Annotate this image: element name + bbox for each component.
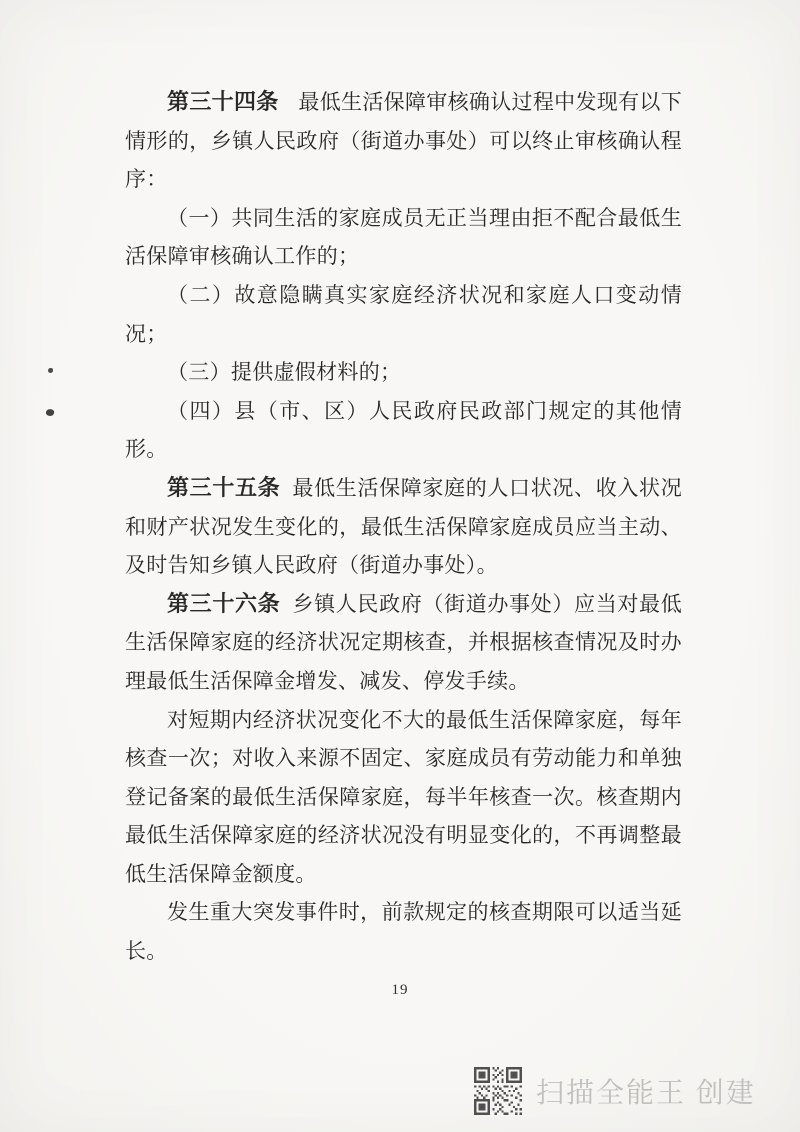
paragraph-item-3: （三）提供虚假材料的； [125, 353, 682, 392]
paragraph-item-1: （一）共同生活的家庭成员无正当理由拒不配合最低生活保障审核确认工作的； [125, 199, 682, 276]
paragraph-emergency: 发生重大突发事件时，前款规定的核查期限可以适当延长。 [125, 893, 682, 970]
page-number: 19 [0, 982, 800, 999]
paragraph-text: （四）县（市、区）人民政府民政部门规定的其他情形。 [125, 399, 682, 462]
paragraph-text: 对短期内经济状况变化不大的最低生活保障家庭，每年核查一次；对收入来源不固定、家庭… [125, 708, 682, 886]
qr-code-icon [474, 1066, 522, 1116]
paragraph-text: 发生重大突发事件时，前款规定的核查期限可以适当延长。 [125, 900, 682, 963]
paragraph-article-36: 第三十六条乡镇人民政府（街道办事处）应当对最低生活保障家庭的经济状况定期核查，并… [125, 585, 682, 701]
paragraph-text: （一）共同生活的家庭成员无正当理由拒不配合最低生活保障审核确认工作的； [125, 206, 682, 269]
article-number: 第三十五条 [167, 475, 280, 500]
paragraph-article-35: 第三十五条最低生活保障家庭的人口状况、收入状况和财产状况发生变化的，最低生活保障… [125, 469, 682, 585]
paragraph-review-rules: 对短期内经济状况变化不大的最低生活保障家庭，每年核查一次；对收入来源不固定、家庭… [125, 701, 682, 894]
document-body: 第三十四条最低生活保障审核确认过程中发现有以下情形的，乡镇人民政府（街道办事处）… [125, 83, 682, 971]
paragraph-item-2: （二）故意隐瞒真实家庭经济状况和家庭人口变动情况； [125, 276, 682, 353]
scanner-watermark: 扫描全能王 创建 [474, 1066, 756, 1116]
article-number: 第三十六条 [167, 591, 280, 616]
scanned-document-page: 第三十四条最低生活保障审核确认过程中发现有以下情形的，乡镇人民政府（街道办事处）… [0, 0, 800, 1132]
paragraph-text: （二）故意隐瞒真实家庭经济状况和家庭人口变动情况； [125, 283, 682, 346]
scan-ink-speck [45, 408, 55, 417]
paragraph-item-4: （四）县（市、区）人民政府民政部门规定的其他情形。 [125, 392, 682, 469]
paragraph-text: （三）提供虚假材料的； [167, 360, 401, 384]
paragraph-article-34: 第三十四条最低生活保障审核确认过程中发现有以下情形的，乡镇人民政府（街道办事处）… [125, 83, 682, 199]
article-number: 第三十四条 [167, 89, 279, 114]
watermark-text: 扫描全能王 创建 [536, 1071, 756, 1111]
scan-ink-speck [48, 368, 53, 373]
